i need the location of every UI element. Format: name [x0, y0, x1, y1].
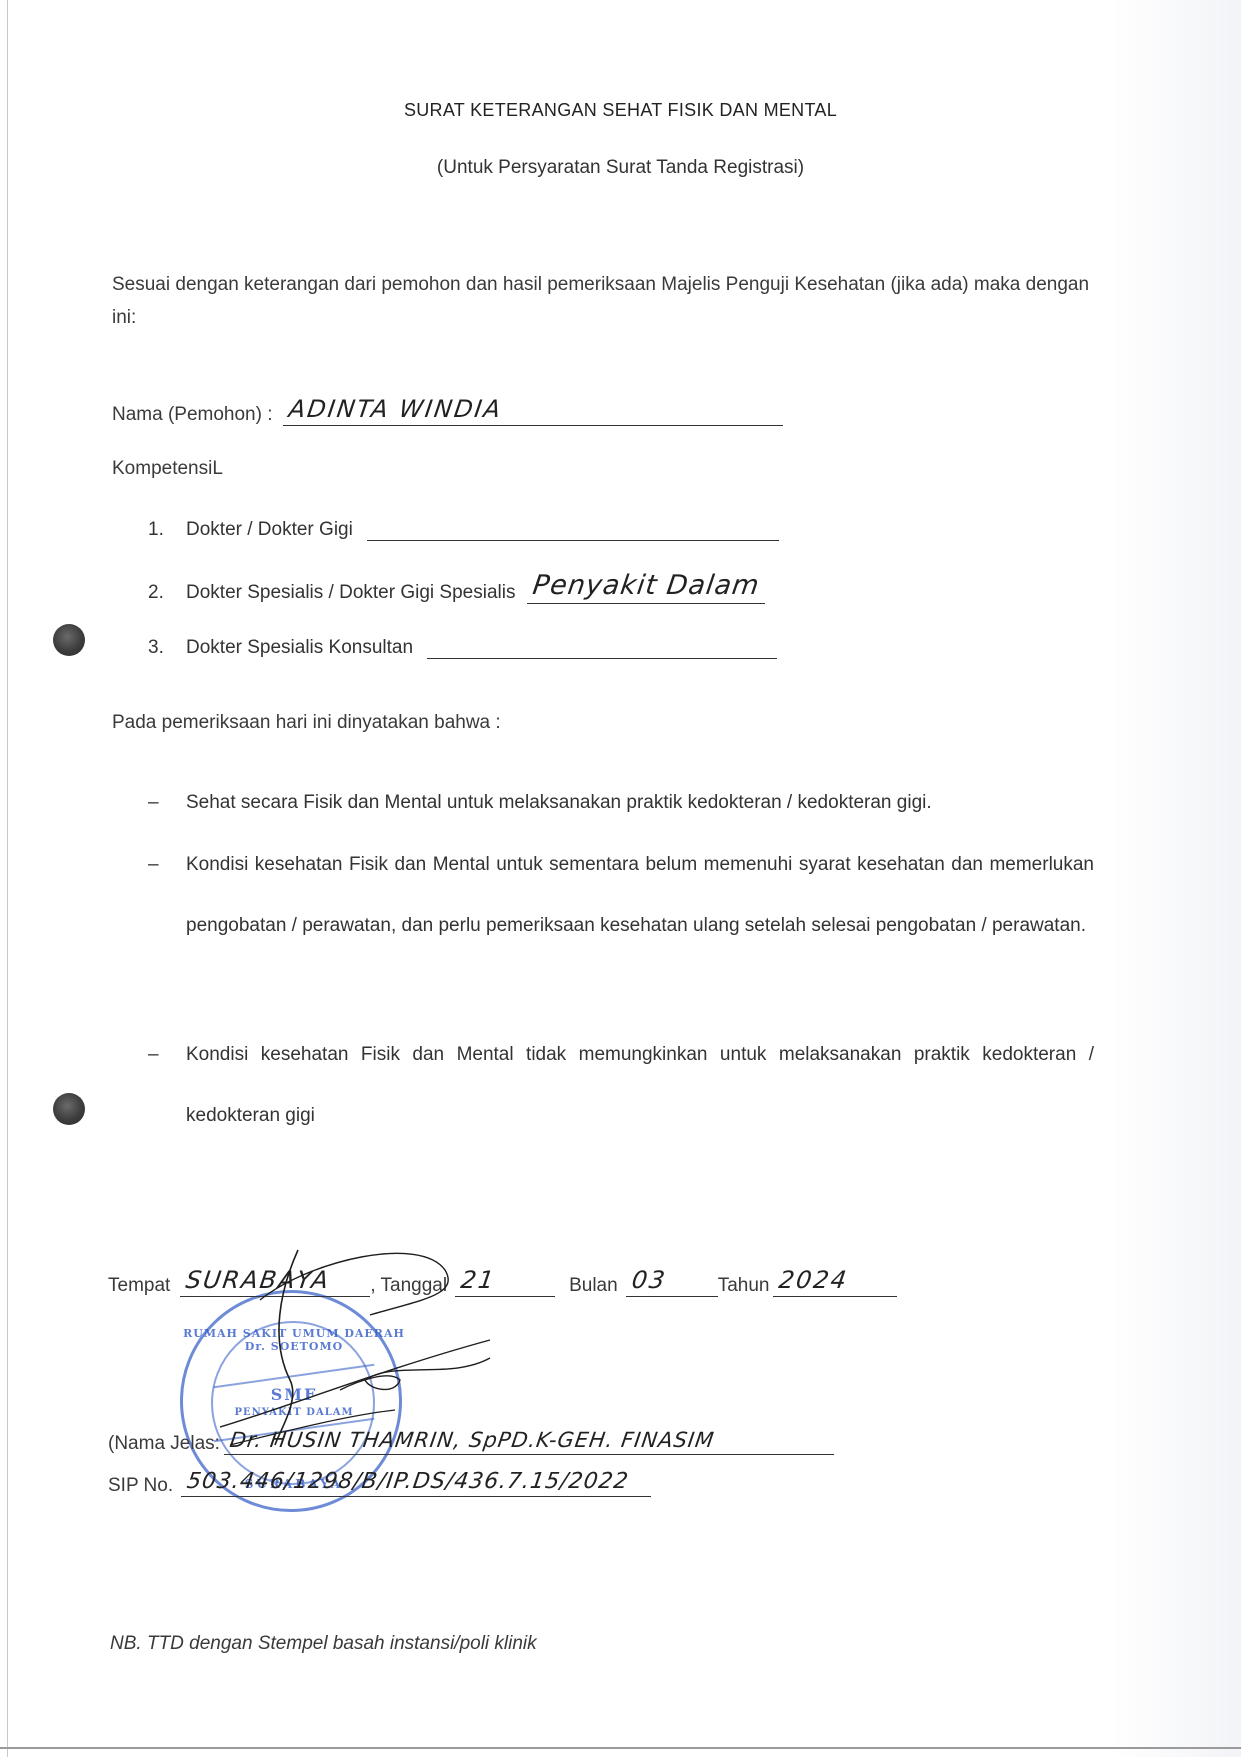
- applicant-name-value: ADINTA WINDIA: [287, 395, 504, 423]
- month-field[interactable]: 03: [626, 1266, 718, 1297]
- intro-paragraph: Sesuai dengan keterangan dari pemohon da…: [112, 268, 1102, 334]
- date-value: 21: [459, 1266, 497, 1294]
- place-field[interactable]: SURABAYA: [180, 1266, 370, 1297]
- document-title: SURAT KETERANGAN SEHAT FISIK DAN MENTAL: [0, 100, 1241, 121]
- sip-value: 503.446/1298/B/IP.DS/436.7.15/2022: [185, 1469, 630, 1494]
- list-number: 3.: [148, 637, 186, 659]
- sip-field[interactable]: 503.446/1298/B/IP.DS/436.7.15/2022: [181, 1466, 651, 1497]
- year-label: Tahun: [718, 1275, 770, 1297]
- competence-label: KompetensiL: [112, 458, 223, 480]
- scan-shadow-right: [1111, 0, 1241, 1757]
- month-value: 03: [630, 1266, 668, 1294]
- doctor-name-row: (Nama Jelas: Dr. HUSIN THAMRIN, SpPD.K-G…: [108, 1424, 834, 1455]
- competence-field-2[interactable]: Penyakit Dalam: [527, 567, 765, 604]
- competence-item-label: Dokter / Dokter Gigi: [186, 519, 353, 541]
- date-field[interactable]: 21: [455, 1266, 555, 1297]
- dash-icon: –: [148, 854, 159, 876]
- sip-row: SIP No. 503.446/1298/B/IP.DS/436.7.15/20…: [108, 1466, 651, 1497]
- place-date-row: Tempat SURABAYA , Tanggal 21 Bulan 03 Ta…: [108, 1266, 897, 1297]
- doctor-name-value: Dr. HUSIN THAMRIN, SpPD.K-GEH. FINASIM: [228, 1428, 716, 1452]
- competence-field-3[interactable]: [427, 628, 777, 659]
- scan-edge-left: [7, 0, 8, 1757]
- competence-item-label: Dokter Spesialis Konsultan: [186, 637, 413, 659]
- competence-item-2: 2. Dokter Spesialis / Dokter Gigi Spesia…: [148, 567, 765, 604]
- stamp-top-text: RUMAH SAKIT UMUM DAERAH Dr. SOETOMO: [183, 1327, 405, 1353]
- year-value: 2024: [778, 1266, 851, 1294]
- date-label: , Tanggal: [370, 1275, 447, 1297]
- competence-field-1[interactable]: [367, 510, 779, 541]
- scan-edge-bottom: [0, 1747, 1241, 1749]
- list-number: 1.: [148, 519, 186, 541]
- punch-hole-icon: [53, 624, 85, 656]
- statement-text: Kondisi kesehatan Fisik dan Mental untuk…: [186, 834, 1094, 956]
- examination-label: Pada pemeriksaan hari ini dinyatakan bah…: [112, 712, 501, 734]
- applicant-name-row: Nama (Pemohon) : ADINTA WINDIA: [112, 395, 783, 426]
- applicant-name-field[interactable]: ADINTA WINDIA: [283, 395, 783, 426]
- competence-item-1: 1. Dokter / Dokter Gigi: [148, 510, 779, 541]
- competence-value: Penyakit Dalam: [531, 570, 762, 601]
- month-label: Bulan: [569, 1275, 618, 1297]
- place-value: SURABAYA: [184, 1266, 332, 1294]
- stamp-sub-text: PENYAKIT DALAM: [183, 1407, 405, 1418]
- dash-icon: –: [148, 792, 159, 814]
- statement-text: Kondisi kesehatan Fisik dan Mental tidak…: [186, 1024, 1094, 1146]
- document-subtitle: (Untuk Persyaratan Surat Tanda Registras…: [0, 157, 1241, 179]
- place-label: Tempat: [108, 1275, 170, 1297]
- year-field[interactable]: 2024: [773, 1266, 897, 1297]
- list-number: 2.: [148, 582, 186, 604]
- doctor-name-label: (Nama Jelas:: [108, 1433, 220, 1455]
- doctor-name-field[interactable]: Dr. HUSIN THAMRIN, SpPD.K-GEH. FINASIM: [224, 1424, 834, 1455]
- competence-item-label: Dokter Spesialis / Dokter Gigi Spesialis: [186, 582, 515, 604]
- punch-hole-icon: [53, 1093, 85, 1125]
- statement-text: Sehat secara Fisik dan Mental untuk mela…: [186, 772, 1094, 833]
- dash-icon: –: [148, 1044, 159, 1066]
- competence-item-3: 3. Dokter Spesialis Konsultan: [148, 628, 777, 659]
- sip-label: SIP No.: [108, 1475, 173, 1497]
- footer-note: NB. TTD dengan Stempel basah instansi/po…: [110, 1633, 537, 1655]
- stamp-middle-text: SMF: [183, 1385, 405, 1404]
- applicant-name-label: Nama (Pemohon) :: [112, 404, 273, 426]
